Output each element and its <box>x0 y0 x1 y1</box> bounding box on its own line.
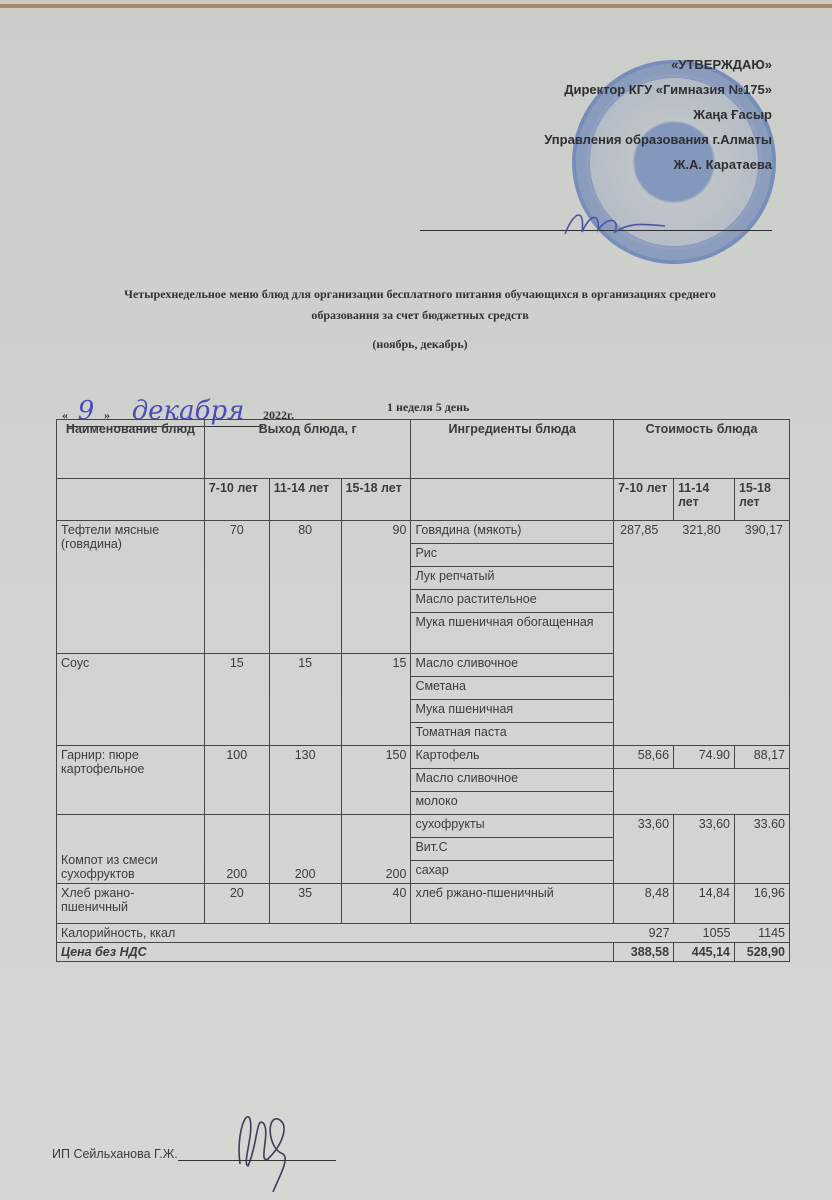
approval-heading: «УТВЕРЖДАЮ» <box>544 52 772 77</box>
dish-cost: 14,84 <box>674 884 735 924</box>
ingredient: Картофель <box>411 746 614 769</box>
footer-signature: ИП Сейльханова Г.Ж. <box>52 1147 336 1161</box>
dish-cost: 33,60 <box>674 815 735 884</box>
ingredient: Сметана <box>411 677 614 700</box>
yield-age-15-18: 15-18 лет <box>341 479 411 521</box>
price-value: 528,90 <box>734 943 789 962</box>
document-period: (ноябрь, декабрь) <box>40 337 800 352</box>
header-name: Наименование блюд <box>57 420 205 479</box>
menu-table: Наименование блюд Выход блюда, г Ингреди… <box>56 419 790 962</box>
dish-yield: 200 <box>341 815 411 884</box>
calories-row: Калорийность, ккал 927 1055 1145 <box>57 924 790 943</box>
signature-line <box>178 1160 336 1161</box>
dish-yield: 100 <box>204 746 269 815</box>
dish-yield: 40 <box>341 884 411 924</box>
price-value: 388,58 <box>614 943 674 962</box>
dish-yield: 80 <box>269 521 341 654</box>
calories-value: 927 <box>614 924 674 943</box>
document-page: «УТВЕРЖДАЮ» Директор КГУ «Гимназия №175»… <box>0 4 832 1200</box>
calories-value: 1145 <box>734 924 789 943</box>
ingredient: сухофрукты <box>411 815 614 838</box>
dish-cost: 8,48 <box>614 884 674 924</box>
dish-yield: 15 <box>341 654 411 746</box>
dish-yield: 15 <box>269 654 341 746</box>
dish-name: Гарнир: пюре картофельное <box>57 746 205 815</box>
yield-age-11-14: 11-14 лет <box>269 479 341 521</box>
dish-cost: 287,85 <box>620 523 658 537</box>
cost-age-11-14: 11-14 лет <box>674 479 735 521</box>
calories-value: 1055 <box>674 924 735 943</box>
price-value: 445,14 <box>674 943 735 962</box>
approval-school: Жаңа Ғасыр <box>544 102 772 127</box>
dish-yield: 200 <box>269 815 341 884</box>
cost-blank <box>614 769 790 815</box>
ingredient: Говядина (мякоть) <box>411 521 614 544</box>
ingredient: сахар <box>411 861 614 884</box>
ingredient: молоко <box>411 792 614 815</box>
yield-age-7-10: 7-10 лет <box>204 479 269 521</box>
cost-cell-group: 287,85 321,80 390,17 <box>614 521 790 746</box>
table-row: Компот из смеси сухофруктов 200 200 200 … <box>57 815 790 838</box>
dish-cost: 74.90 <box>674 746 735 769</box>
dish-yield: 20 <box>204 884 269 924</box>
approval-department: Управления образования г.Алматы <box>544 127 772 152</box>
dish-yield: 15 <box>204 654 269 746</box>
header-yield: Выход блюда, г <box>204 420 411 479</box>
dish-cost: 88,17 <box>734 746 789 769</box>
approval-name: Ж.А. Каратаева <box>544 152 772 177</box>
age-header-blank <box>57 479 205 521</box>
dish-cost: 33,60 <box>614 815 674 884</box>
dish-name: Соус <box>57 654 205 746</box>
signer-name: ИП Сейльханова Г.Ж. <box>52 1147 178 1161</box>
ingredient: Масло растительное <box>411 590 614 613</box>
dish-cost: 33.60 <box>734 815 789 884</box>
dish-name: Хлеб ржано-пшеничный <box>57 884 205 924</box>
title-line-1: Четырехнедельное меню блюд для организац… <box>40 284 800 305</box>
paper-edge <box>0 4 832 8</box>
director-signature-icon <box>560 204 670 244</box>
table-row: Гарнир: пюре картофельное 100 130 150 Ка… <box>57 746 790 769</box>
ingredient: Рис <box>411 544 614 567</box>
ingredient: Вит.С <box>411 838 614 861</box>
dish-yield: 70 <box>204 521 269 654</box>
ingredient: Мука пшеничная <box>411 700 614 723</box>
header-row: Наименование блюд Выход блюда, г Ингреди… <box>57 420 790 479</box>
title-line-2: образования за счет бюджетных средств <box>40 305 800 326</box>
ingredient: хлеб ржано-пшеничный <box>411 884 614 924</box>
dish-cost: 58,66 <box>614 746 674 769</box>
dish-yield: 150 <box>341 746 411 815</box>
document-title: Четырехнедельное меню блюд для организац… <box>40 284 800 326</box>
approval-block: «УТВЕРЖДАЮ» Директор КГУ «Гимназия №175»… <box>544 52 772 177</box>
ingredient: Масло сливочное <box>411 654 614 677</box>
price-label: Цена без НДС <box>57 943 614 962</box>
week-day: 1 неделя 5 день <box>387 400 469 415</box>
age-header-row: 7-10 лет 11-14 лет 15-18 лет 7-10 лет 11… <box>57 479 790 521</box>
price-row: Цена без НДС 388,58 445,14 528,90 <box>57 943 790 962</box>
ingredient: Масло сливочное <box>411 769 614 792</box>
dish-yield: 200 <box>204 815 269 884</box>
table-row: Хлеб ржано-пшеничный 20 35 40 хлеб ржано… <box>57 884 790 924</box>
ingredient: Томатная паста <box>411 723 614 746</box>
table-row: Тефтели мясные (говядина) 70 80 90 Говяд… <box>57 521 790 544</box>
calories-label: Калорийность, ккал <box>57 924 614 943</box>
cost-age-7-10: 7-10 лет <box>614 479 674 521</box>
ingredient: Лук репчатый <box>411 567 614 590</box>
dish-yield: 130 <box>269 746 341 815</box>
header-cost: Стоимость блюда <box>614 420 790 479</box>
approval-director: Директор КГУ «Гимназия №175» <box>544 77 772 102</box>
ingredients-age-blank <box>411 479 614 521</box>
dish-yield: 35 <box>269 884 341 924</box>
dish-cost: 321,80 <box>682 523 720 537</box>
ingredient: Мука пшеничная обогащенная <box>411 613 614 654</box>
dish-cost: 390,17 <box>745 523 783 537</box>
dish-name: Тефтели мясные (говядина) <box>57 521 205 654</box>
dish-cost: 16,96 <box>734 884 789 924</box>
dish-name: Компот из смеси сухофруктов <box>57 815 205 884</box>
dish-yield: 90 <box>341 521 411 654</box>
cost-age-15-18: 15-18 лет <box>734 479 789 521</box>
header-ingredients: Ингредиенты блюда <box>411 420 614 479</box>
